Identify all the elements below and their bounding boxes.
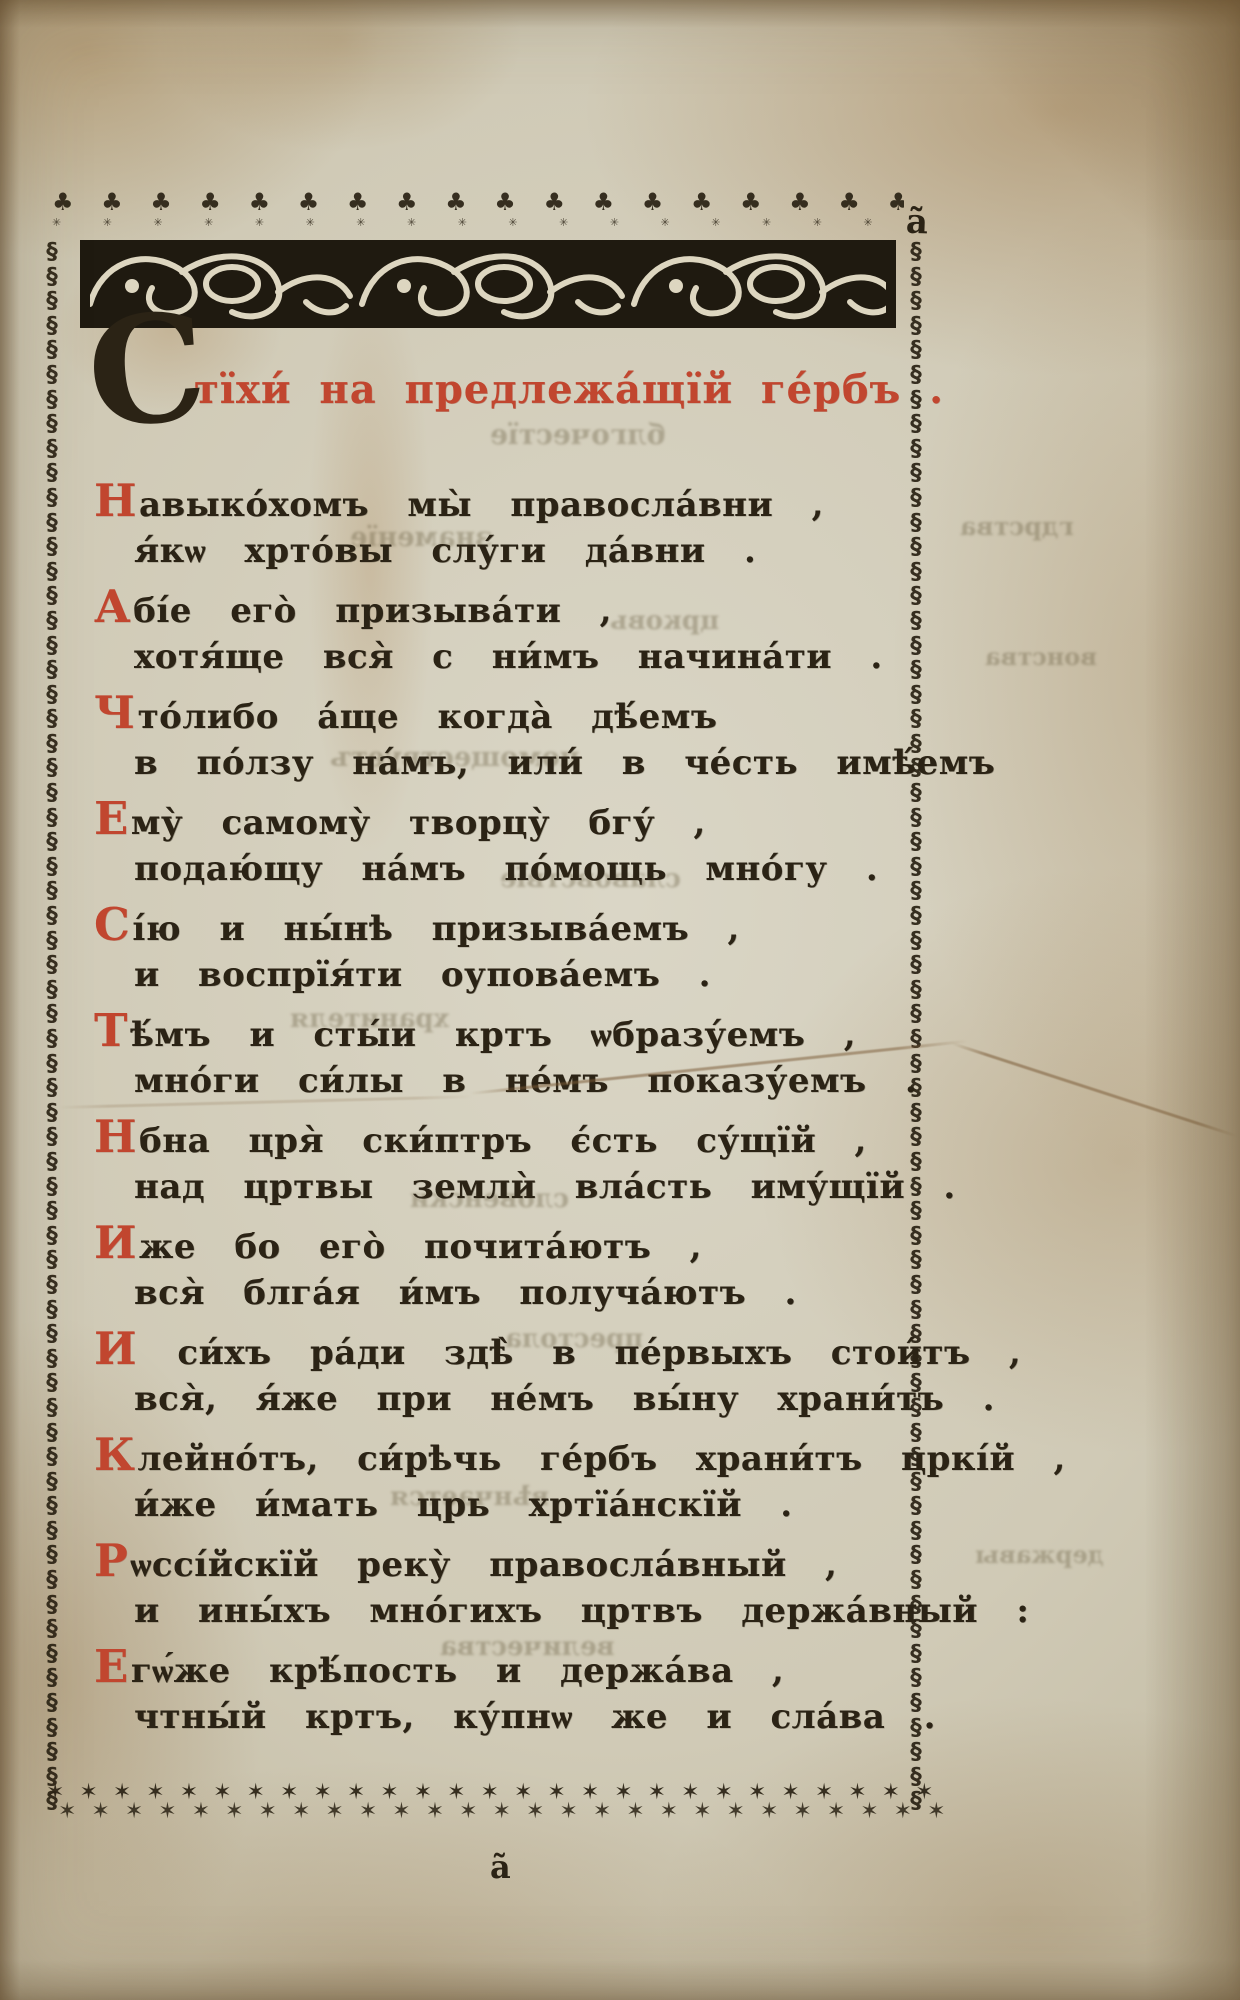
verse-line: чтны́й кртъ, ку́пнѡ же и сла́ва . [134, 1697, 914, 1750]
verse-text: вся̀, я́же при не́мъ вы́ну храни́тъ . [134, 1379, 995, 1419]
bleedthrough-word: вонства [985, 642, 1097, 671]
verse-text: ѣ́мъ и сты́и кртъ ѡбразу́емъ , [130, 1015, 856, 1055]
verse-text: я́кѡ хрто́вы слу́ги да́вни . [134, 531, 756, 571]
verse-initial: И [94, 1216, 137, 1269]
verse-line: И си́хъ ра́ди здѣ̀ в пе́рвыхъ стои́тъ , [94, 1326, 914, 1379]
top-trefoil-subborder: ✳ ✳ ✳ ✳ ✳ ✳ ✳ ✳ ✳ ✳ ✳ ✳ ✳ ✳ ✳ ✳ ✳ ✳ ✳ ✳ … [52, 216, 904, 230]
verse-line: Клейно́тъ, си́рѣчь ге́рбъ храни́тъ цркі́… [94, 1432, 914, 1485]
verse-text: вся̀ блга́я и́мъ получа́ютъ . [134, 1273, 797, 1313]
bottom-star-border-row2: ✶ ✶ ✶ ✶ ✶ ✶ ✶ ✶ ✶ ✶ ✶ ✶ ✶ ✶ ✶ ✶ ✶ ✶ ✶ ✶ … [46, 1801, 950, 1823]
verse-text: ѡссі́йскїй реку̀ правосла́вный , [130, 1545, 837, 1585]
verse-text: и́же и́мать црь хртїа́нскїй . [134, 1485, 793, 1525]
quire-signature: а̃ [490, 1848, 511, 1886]
verse-text: же бо его̀ почита́ютъ , [139, 1227, 702, 1267]
verse-initial: А [94, 580, 131, 633]
left-ornament-border: § § § § § § § § § § § § § § § § § § § § … [34, 240, 70, 1812]
page-edge-left [0, 0, 20, 2000]
headpiece-engraving [80, 240, 896, 328]
verse-text: в по́лзу на́мъ, или́ в че́сть имѣ́емъ [134, 743, 995, 783]
verse-line: и воспрїя́ти оупова́емъ . [134, 955, 914, 1008]
verse-initial: Е [94, 1640, 129, 1693]
title-drop-initial: С [83, 292, 211, 448]
verse-initial: Р [94, 1534, 128, 1587]
folio-number: а̃ [905, 202, 928, 243]
verse-line: вся̀ блга́я и́мъ получа́ютъ . [134, 1273, 914, 1326]
verse-line: хотя́ще вся̀ с ни́мъ начина́ти . [134, 637, 914, 690]
verse-line: Что́либо а́ще когда̀ дѣ́емъ [94, 690, 914, 743]
verse-initial: Е [94, 792, 129, 845]
verse-initial: К [94, 1428, 135, 1481]
verse-text: бі́е его̀ призыва́ти , [133, 591, 612, 631]
verse-line: вся̀, я́же при не́мъ вы́ну храни́тъ . [134, 1379, 914, 1432]
verse-line: Тѣ́мъ и сты́и кртъ ѡбразу́емъ , [94, 1008, 914, 1061]
verse-text: лейно́тъ, си́рѣчь ге́рбъ храни́тъ цркі́й… [137, 1439, 1065, 1479]
verse-initial: И [94, 1322, 137, 1375]
verse-initial: Ч [94, 686, 136, 739]
verse-text: хотя́ще вся̀ с ни́мъ начина́ти . [134, 637, 883, 677]
verse-text: бна цря̀ ски́птръ є́сть су́щїй , [139, 1121, 867, 1161]
verse-initial: Т [94, 1004, 128, 1057]
verse-text: над цртвы землѝ вла́сть иму́щїй . [134, 1167, 956, 1207]
verse-line: над цртвы землѝ вла́сть иму́щїй . [134, 1167, 914, 1220]
verse-text: і́ю и ны́нѣ призыва́емъ , [132, 909, 740, 949]
page-corner-shadow [940, 0, 1240, 240]
verse-text: то́либо а́ще когда̀ дѣ́емъ [138, 697, 718, 737]
title-text: тїхи́ на предлежа́щїй ге́рбъ . [194, 366, 944, 413]
verse-line: Абі́е его̀ призыва́ти , [94, 584, 914, 637]
page-edge-right [1145, 0, 1240, 2000]
verse-text: авыко́хомъ мы̀ правосла́вни , [139, 485, 824, 525]
verse-text: чтны́й кртъ, ку́пнѡ же и сла́ва . [134, 1697, 936, 1737]
verse-line: Навыко́хомъ мы̀ правосла́вни , [94, 478, 914, 531]
bleedthrough-word: гдрства [960, 512, 1074, 541]
verse-text: и ины́хъ мно́гихъ цртвъ держа́вный : [134, 1591, 1029, 1631]
verse-text: му̀ самому̀ творцу̀ бгу́ , [131, 803, 706, 843]
verse-line: я́кѡ хрто́вы слу́ги да́вни . [134, 531, 914, 584]
verse-text: гѡ́же крѣ́пость и держа́ва , [131, 1651, 784, 1691]
book-page: побѣждаетъи вѣрї славаблгочестїезнаменїе… [0, 0, 1240, 2000]
verse-initial: Н [94, 1110, 137, 1163]
page-edge-bottom [0, 1960, 1240, 2000]
verse-line: Иже бо его̀ почита́ютъ , [94, 1220, 914, 1273]
verse-line: Егѡ́же крѣ́пость и держа́ва , [94, 1644, 914, 1697]
verse-line: подаю́щу на́мъ по́мощь мно́гу . [134, 849, 914, 902]
verse-line: Ему̀ самому̀ творцу̀ бгу́ , [94, 796, 914, 849]
verse-line: и ины́хъ мно́гихъ цртвъ держа́вный : [134, 1591, 914, 1644]
verse-line: и́же и́мать црь хртїа́нскїй . [134, 1485, 914, 1538]
verse-line: Рѡссі́йскїй реку̀ правосла́вный , [94, 1538, 914, 1591]
verse-text: мно́ги си́лы в не́мъ показу́емъ . [134, 1061, 917, 1101]
headpiece-woodcut-svg [80, 240, 896, 328]
verse-line: Сі́ю и ны́нѣ призыва́емъ , [94, 902, 914, 955]
verse-lines: Навыко́хомъ мы̀ правосла́вни , я́кѡ хрто… [94, 478, 914, 1750]
top-trefoil-border: ♣ ♣ ♣ ♣ ♣ ♣ ♣ ♣ ♣ ♣ ♣ ♣ ♣ ♣ ♣ ♣ ♣ ♣ ♣ ♣ … [52, 190, 904, 214]
verse-text: подаю́щу на́мъ по́мощь мно́гу . [134, 849, 878, 889]
verse-line: в по́лзу на́мъ, или́ в че́сть имѣ́емъ [134, 743, 914, 796]
verse-line: Нбна цря̀ ски́птръ є́сть су́щїй , [94, 1114, 914, 1167]
verse-initial: С [94, 898, 130, 951]
bleedthrough-word: державы [975, 1540, 1104, 1569]
verse-text: и воспрїя́ти оупова́емъ . [134, 955, 711, 995]
verse-initial: Н [94, 474, 137, 527]
verse-text: си́хъ ра́ди здѣ̀ в пе́рвыхъ стои́тъ , [139, 1333, 1021, 1373]
poem-title: С тїхи́ на предлежа́щїй ге́рбъ . [92, 332, 907, 482]
